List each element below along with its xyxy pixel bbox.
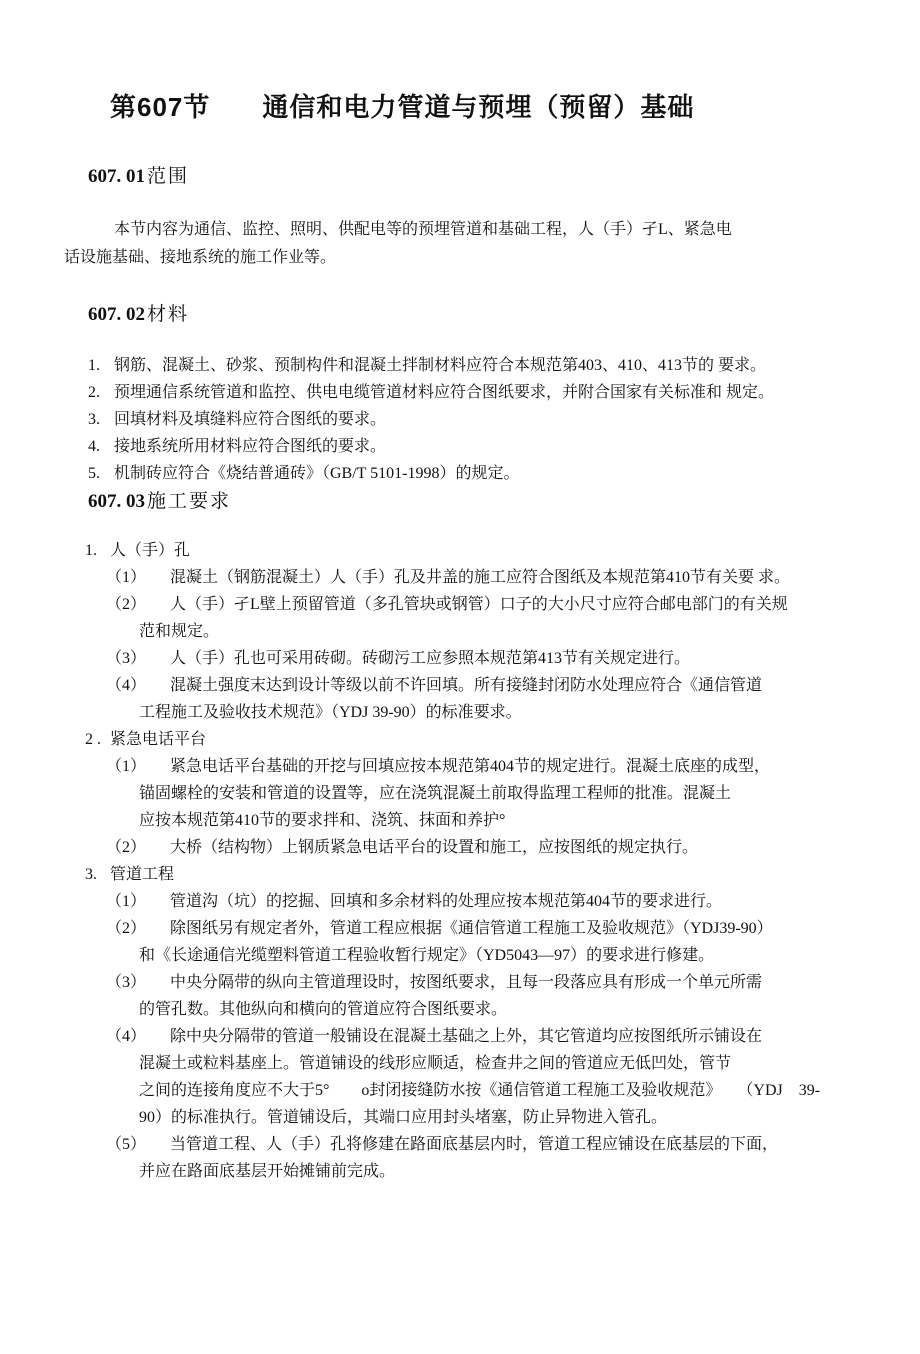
subclause-text: 中央分隔带的纵向主管道理设时，按图纸要求，且每一段落应具有形成一个单元所需: [170, 974, 762, 991]
subclause-continuation: 混凝土或粒料基座上。管道铺设的线形应顺适，检查井之间的管道应无低凹处，管节: [139, 1050, 884, 1077]
subclause-text: 除中央分隔带的管道一般铺设在混凝土基础之上外，其它管道均应按图纸所示铺设在: [170, 1028, 762, 1045]
section-number: 607. 01: [88, 166, 145, 187]
subclause-text: 人（手）孔也可采用砖砌。砖砌污工应参照本规范第413节有关规定进行。: [170, 650, 690, 667]
paragraph-line: 本节内容为通信、监控、照明、供配电等的预埋管道和基础工程，人（手）孑L、紧急电: [64, 216, 884, 244]
clause-title: 人（手）孔: [110, 542, 190, 559]
section-name: 范围: [147, 166, 189, 187]
clause-number: 3.: [85, 861, 110, 888]
list-item-number: 3.: [88, 406, 114, 433]
list-item-text: 预埋通信系统管道和监控、供电电缆管道材料应符合图纸要求，并附合国家有关标准和 规…: [114, 384, 774, 401]
list-item-number: 5.: [88, 460, 114, 487]
subclause-number: （1）: [106, 564, 170, 591]
list-item: 4.接地系统所用材料应符合图纸的要求。: [64, 433, 884, 460]
sections-container: 607. 01范围本节内容为通信、监控、照明、供配电等的预埋管道和基础工程，人（…: [64, 164, 884, 1185]
section-heading: 607. 02材料: [88, 302, 884, 328]
clause-title: 紧急电话平台: [110, 731, 206, 748]
paragraph-line: 话设施基础、接地系统的施工作业等。: [64, 244, 884, 272]
subclause-text: 除图纸另有规定者外，管道工程应根据《通信管道工程施工及验收规范》（YDJ39-9…: [170, 920, 773, 937]
subclause-text: 人（手）孑L壁上预留管道（多孔管块或钢管）口子的大小尺寸应符合邮电部门的有关规: [170, 596, 788, 613]
section-number: 607. 02: [88, 304, 145, 325]
subclause-text: 当管道工程、人（手）孔将修建在路面底基层内时，管道工程应铺设在底基层的下面，: [170, 1136, 778, 1153]
subclause: （2）大桥（结构物）上钢质紧急电话平台的设置和施工，应按图纸的规定执行。: [64, 834, 884, 861]
section-number: 607. 03: [88, 491, 145, 512]
subclause: （3）中央分隔带的纵向主管道理设时，按图纸要求，且每一段落应具有形成一个单元所需: [64, 969, 884, 996]
subclause-number: （1）: [106, 753, 170, 780]
list-item: 3.回填材料及填缝料应符合图纸的要求。: [64, 406, 884, 433]
clause-heading: 1.人（手）孔: [64, 537, 884, 564]
subclause-text: 大桥（结构物）上钢质紧急电话平台的设置和施工，应按图纸的规定执行。: [170, 839, 698, 856]
list-item-number: 4.: [88, 433, 114, 460]
subclause-text: 管道沟（坑）的挖掘、回填和多余材料的处理应按本规范第404节的要求进行。: [170, 893, 722, 910]
subclause-continuation: 范和规定。: [139, 618, 884, 645]
section: 607. 03施工要求1.人（手）孔（1）混凝土（钢筋混凝土）人（手）孔及井盖的…: [64, 489, 884, 1185]
list-item: 5.机制砖应符合《烧结普通砖》（GB/T 5101-1998）的规定。: [64, 460, 884, 487]
list-item-text: 钢筋、混凝土、砂浆、预制构件和混凝土拌制材料应符合本规范第403、410、413…: [114, 357, 766, 374]
list-item-number: 1.: [88, 352, 114, 379]
list-item-text: 回填材料及填缝料应符合图纸的要求。: [114, 411, 386, 428]
numbered-list: 1.钢筋、混凝土、砂浆、预制构件和混凝土拌制材料应符合本规范第403、410、4…: [64, 352, 884, 487]
paragraph: 本节内容为通信、监控、照明、供配电等的预埋管道和基础工程，人（手）孑L、紧急电话…: [64, 216, 884, 272]
subclause-continuation: 应按本规范第410节的要求拌和、浇筑、抹面和养护°: [139, 807, 884, 834]
subclause-text: 混凝土（钢筋混凝土）人（手）孔及井盖的施工应符合图纸及本规范第410节有关要 求…: [170, 569, 790, 586]
subclause-continuation: 的管孔数。其他纵向和横向的管道应符合图纸要求。: [139, 996, 884, 1023]
subclause: （4）除中央分隔带的管道一般铺设在混凝土基础之上外，其它管道均应按图纸所示铺设在: [64, 1023, 884, 1050]
subclause-number: （1）: [106, 888, 170, 915]
list-item: 1.钢筋、混凝土、砂浆、预制构件和混凝土拌制材料应符合本规范第403、410、4…: [64, 352, 884, 379]
subclause-continuation: 和《长途通信光缆塑料管道工程验收暂行规定》（YD5043—97）的要求进行修建。: [139, 942, 884, 969]
list-item: 2.预埋通信系统管道和监控、供电电缆管道材料应符合图纸要求，并附合国家有关标准和…: [64, 379, 884, 406]
subclause-continuation: 锚固螺栓的安装和管道的设置等，应在浇筑混凝土前取得监理工程师的批准。混凝土: [139, 780, 884, 807]
subclause-number: （3）: [106, 645, 170, 672]
subclause-number: （2）: [106, 915, 170, 942]
section-heading: 607. 03施工要求: [88, 489, 884, 515]
clause-title: 管道工程: [110, 866, 174, 883]
section-name: 材料: [147, 304, 189, 325]
subclause-number: （3）: [106, 969, 170, 996]
subclause: （3）人（手）孔也可采用砖砌。砖砌污工应参照本规范第413节有关规定进行。: [64, 645, 884, 672]
clause-heading: 3.管道工程: [64, 861, 884, 888]
subclause: （5）当管道工程、人（手）孔将修建在路面底基层内时，管道工程应铺设在底基层的下面…: [64, 1131, 884, 1158]
subclause: （1）管道沟（坑）的挖掘、回填和多余材料的处理应按本规范第404节的要求进行。: [64, 888, 884, 915]
subclause: （1）混凝土（钢筋混凝土）人（手）孔及井盖的施工应符合图纸及本规范第410节有关…: [64, 564, 884, 591]
chapter-title: 第607节通信和电力管道与预埋（预留）基础: [110, 90, 884, 124]
list-item-text: 机制砖应符合《烧结普通砖》（GB/T 5101-1998）的规定。: [114, 465, 520, 482]
subclause-continuation: 并应在路面底基层开始摊铺前完成。: [139, 1158, 884, 1185]
subclause-text: 混凝土强度末达到设计等级以前不许回填。所有接缝封闭防水处理应符合《通信管道: [170, 677, 762, 694]
subclause-number: （4）: [106, 672, 170, 699]
subclause: （1）紧急电话平台基础的开挖与回填应按本规范第404节的规定进行。混凝土底座的成…: [64, 753, 884, 780]
chapter-number-label: 第607节: [110, 92, 210, 122]
section-name: 施工要求: [147, 491, 231, 512]
subclause: （2）除图纸另有规定者外，管道工程应根据《通信管道工程施工及验收规范》（YDJ3…: [64, 915, 884, 942]
section: 607. 01范围本节内容为通信、监控、照明、供配电等的预埋管道和基础工程，人（…: [64, 164, 884, 272]
subclause-number: （4）: [106, 1023, 170, 1050]
subclause-number: （2）: [106, 834, 170, 861]
list-item-number: 2.: [88, 379, 114, 406]
section: 607. 02材料1.钢筋、混凝土、砂浆、预制构件和混凝土拌制材料应符合本规范第…: [64, 302, 884, 487]
subclause: （2）人（手）孑L壁上预留管道（多孔管块或钢管）口子的大小尺寸应符合邮电部门的有…: [64, 591, 884, 618]
clause-number: 2 .: [85, 726, 110, 753]
section-heading: 607. 01范围: [88, 164, 884, 190]
chapter-name: 通信和电力管道与预埋（预留）基础: [262, 92, 694, 122]
subclause-text: 紧急电话平台基础的开挖与回填应按本规范第404节的规定进行。混凝土底座的成型，: [170, 758, 770, 775]
list-item-text: 接地系统所用材料应符合图纸的要求。: [114, 438, 386, 455]
subclause: （4）混凝土强度末达到设计等级以前不许回填。所有接缝封闭防水处理应符合《通信管道: [64, 672, 884, 699]
subclause-continuation: 90）的标准执行。管道铺设后，其端口应用封头堵塞，防止异物进入管孔。: [139, 1104, 884, 1131]
subclause-continuation: 之间的连接角度应不大于5° o封闭接缝防水按《通信管道工程施工及验收规范》 （Y…: [139, 1077, 884, 1104]
subclause-number: （2）: [106, 591, 170, 618]
document-page: 第607节通信和电力管道与预埋（预留）基础 607. 01范围本节内容为通信、监…: [0, 0, 920, 1354]
subclause-continuation: 工程施工及验收技术规范》（YDJ 39-90）的标准要求。: [139, 699, 884, 726]
clause-heading: 2 .紧急电话平台: [64, 726, 884, 753]
subclause-number: （5）: [106, 1131, 170, 1158]
clause-number: 1.: [85, 537, 110, 564]
